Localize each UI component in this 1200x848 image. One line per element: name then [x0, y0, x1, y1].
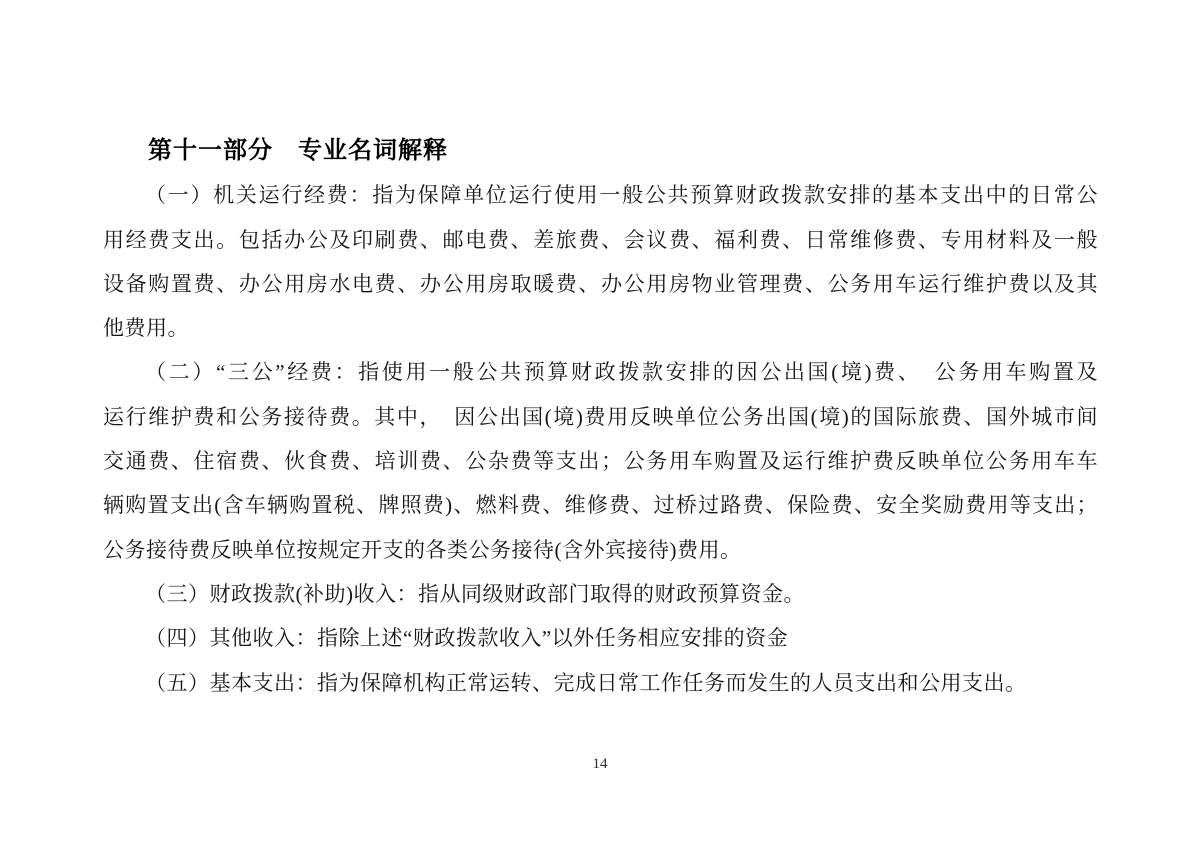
text-line: （一）机关运行经费：指为保障单位运行使用一般公共预算财政拨款安排的基本支出中的日… [103, 173, 1098, 217]
section-title: 第十一部分 专业名词解释 [103, 129, 1098, 173]
paragraph: （五）基本支出：指为保障机构正常运转、完成日常工作任务而发生的人员支出和公用支出… [103, 661, 1098, 705]
text-line: 运行维护费和公务接待费。其中， 因公出国(境)费用反映单位公务出国(境)的国际旅… [103, 395, 1098, 439]
page-number: 14 [0, 756, 1200, 773]
paragraph: （一）机关运行经费：指为保障单位运行使用一般公共预算财政拨款安排的基本支出中的日… [103, 173, 1098, 350]
paragraph: （四）其他收入：指除上述“财政拨款收入”以外任务相应安排的资金 [103, 616, 1098, 660]
text-line: （三）财政拨款(补助)收入：指从同级财政部门取得的财政预算资金。 [103, 572, 1098, 616]
text-line: 公务接待费反映单位按规定开支的各类公务接待(含外宾接待)费用。 [103, 528, 1098, 572]
text-line: （四）其他收入：指除上述“财政拨款收入”以外任务相应安排的资金 [103, 616, 1098, 660]
text-line: 交通费、住宿费、伙食费、培训费、公杂费等支出；公务用车购置及运行维护费反映单位公… [103, 439, 1098, 483]
paragraph: （三）财政拨款(补助)收入：指从同级财政部门取得的财政预算资金。 [103, 572, 1098, 616]
text-line: 设备购置费、办公用房水电费、办公用房取暖费、办公用房物业管理费、公务用车运行维护… [103, 262, 1098, 306]
document-page: 第十一部分 专业名词解释 （一）机关运行经费：指为保障单位运行使用一般公共预算财… [0, 0, 1200, 848]
paragraphs-container: （一）机关运行经费：指为保障单位运行使用一般公共预算财政拨款安排的基本支出中的日… [103, 173, 1098, 705]
document-body: 第十一部分 专业名词解释 （一）机关运行经费：指为保障单位运行使用一般公共预算财… [103, 129, 1098, 705]
text-line: （二）“三公”经费：指使用一般公共预算财政拨款安排的因公出国(境)费、 公务用车… [103, 350, 1098, 394]
text-line: 辆购置支出(含车辆购置税、牌照费)、燃料费、维修费、过桥过路费、保险费、安全奖励… [103, 483, 1098, 527]
text-line: （五）基本支出：指为保障机构正常运转、完成日常工作任务而发生的人员支出和公用支出… [103, 661, 1098, 705]
paragraph: （二）“三公”经费：指使用一般公共预算财政拨款安排的因公出国(境)费、 公务用车… [103, 350, 1098, 571]
text-line: 他费用。 [103, 306, 1098, 350]
text-line: 用经费支出。包括办公及印刷费、邮电费、差旅费、会议费、福利费、日常维修费、专用材… [103, 218, 1098, 262]
